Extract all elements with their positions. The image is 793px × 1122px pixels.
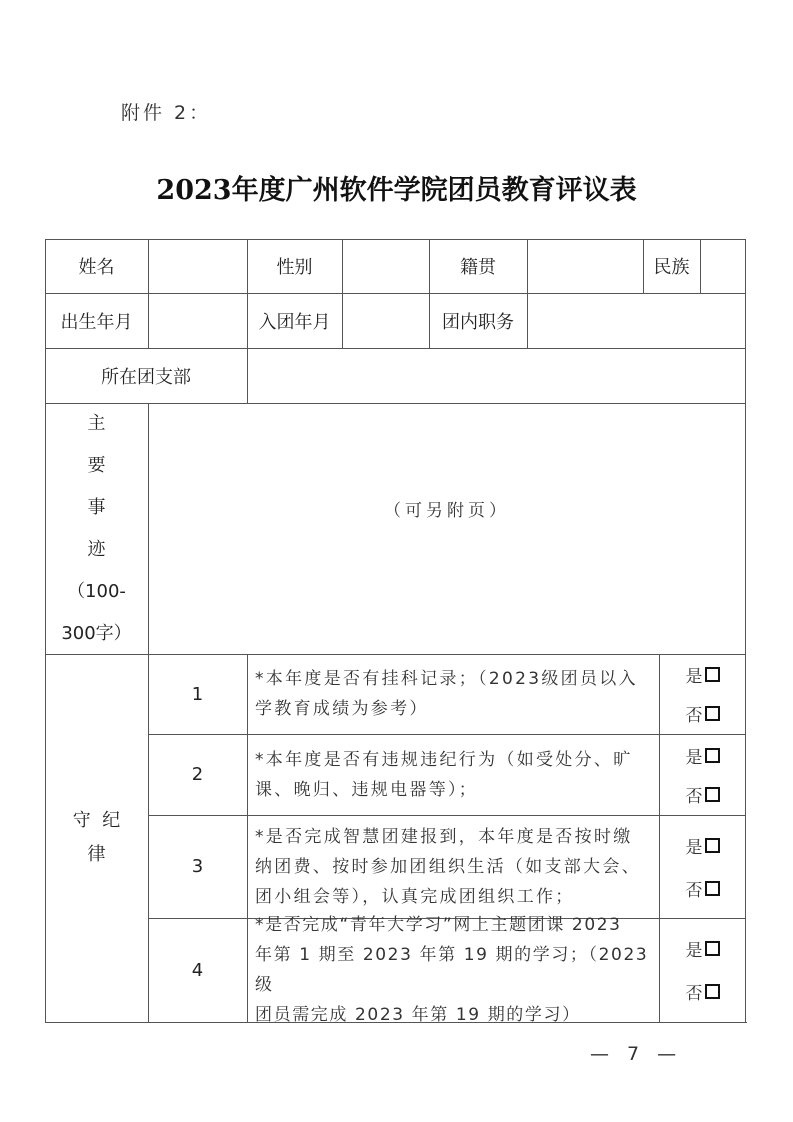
name-label: 姓名 <box>45 239 148 293</box>
checkbox-icon[interactable] <box>705 941 720 956</box>
yes-no-options: 是 否 <box>659 815 746 918</box>
item-question-line: *是否完成智慧团建报到，本年度是否按时缴 <box>255 822 641 852</box>
item-question-line: 纳团费、按时参加团组织生活（如支部大会、 <box>255 852 641 882</box>
deeds-placeholder: （可另附页） <box>384 496 510 521</box>
item-question-line: 团小组会等），认真完成团组织工作； <box>255 882 641 912</box>
discipline-label: 守 纪 律 <box>45 654 148 1022</box>
item-question-line: *是否完成“青年大学习”网上主题团课 2023 <box>255 910 651 940</box>
yes-option[interactable]: 是 <box>686 936 720 961</box>
item-number: 4 <box>148 918 247 1022</box>
evaluation-form-table: 姓名 性别 籍贯 民族 出生年月 入团年月 团内职务 所在团支部 主 要 事 迹… <box>45 239 746 1023</box>
position-field[interactable] <box>527 293 746 348</box>
checkbox-icon[interactable] <box>705 706 720 721</box>
deeds-label-char: 要 <box>88 445 106 487</box>
ethnicity-label: 民族 <box>643 239 700 293</box>
no-option[interactable]: 否 <box>686 782 720 807</box>
page-number: — 7 — <box>590 1043 682 1065</box>
item-question: *是否完成智慧团建报到，本年度是否按时缴 纳团费、按时参加团组织生活（如支部大会… <box>247 815 659 918</box>
name-field[interactable] <box>148 239 247 293</box>
checkbox-icon[interactable] <box>705 838 720 853</box>
checkbox-icon[interactable] <box>705 748 720 763</box>
deeds-label-char: 主 <box>88 403 106 445</box>
item-question-line: *本年度是否有违规违纪行为（如受处分、旷 <box>255 745 633 775</box>
yes-label: 是 <box>686 833 703 858</box>
yes-option[interactable]: 是 <box>686 662 720 687</box>
item-question-line: 课、晚归、违规电器等）； <box>255 775 633 805</box>
yes-no-options: 是 否 <box>659 654 746 734</box>
no-option[interactable]: 否 <box>686 701 720 726</box>
yes-no-options: 是 否 <box>659 918 746 1022</box>
deeds-label-char: （100- <box>67 571 126 613</box>
native-place-label: 籍贯 <box>429 239 527 293</box>
item-number: 2 <box>148 734 247 815</box>
yes-label: 是 <box>686 936 703 961</box>
gender-label: 性别 <box>247 239 342 293</box>
no-label: 否 <box>686 876 703 901</box>
deeds-field[interactable]: （可另附页） <box>148 403 746 613</box>
join-date-label: 入团年月 <box>247 293 342 348</box>
position-label: 团内职务 <box>429 293 527 348</box>
page-title: 2023年度广州软件学院团员教育评议表 <box>0 168 793 207</box>
join-date-field[interactable] <box>342 293 429 348</box>
yes-option[interactable]: 是 <box>686 743 720 768</box>
yes-label: 是 <box>686 743 703 768</box>
gender-field[interactable] <box>342 239 429 293</box>
deeds-label-char: 迹 <box>88 529 106 571</box>
item-question-line: 团员需完成 2023 年第 19 期的学习） <box>255 1000 651 1030</box>
discipline-label-line1: 守 纪 <box>73 804 120 838</box>
no-label: 否 <box>686 782 703 807</box>
discipline-label-line2: 律 <box>88 838 106 872</box>
deeds-label: 主 要 事 迹 （100- 300字） <box>45 403 148 654</box>
native-place-field[interactable] <box>527 239 643 293</box>
yes-label: 是 <box>686 662 703 687</box>
birth-date-field[interactable] <box>148 293 247 348</box>
birth-date-label: 出生年月 <box>45 293 148 348</box>
branch-label: 所在团支部 <box>45 348 247 403</box>
checkbox-icon[interactable] <box>705 881 720 896</box>
deeds-label-char: 300字） <box>61 613 131 655</box>
branch-field[interactable] <box>247 348 746 403</box>
yes-no-options: 是 否 <box>659 734 746 815</box>
item-question: *本年度是否有挂科记录；（2023级团员以入 学教育成绩为参考） <box>247 654 659 734</box>
checkbox-icon[interactable] <box>705 667 720 682</box>
item-question-line: 学教育成绩为参考） <box>255 694 638 724</box>
item-number: 1 <box>148 654 247 734</box>
attachment-label: 附件 2： <box>121 98 211 125</box>
deeds-label-char: 事 <box>88 487 106 529</box>
item-question: *本年度是否有违规违纪行为（如受处分、旷 课、晚归、违规电器等）； <box>247 734 659 815</box>
no-option[interactable]: 否 <box>686 979 720 1004</box>
no-option[interactable]: 否 <box>686 876 720 901</box>
item-question: *是否完成“青年大学习”网上主题团课 2023 年第 1 期至 2023 年第 … <box>247 918 659 1022</box>
ethnicity-field[interactable] <box>700 239 746 293</box>
checkbox-icon[interactable] <box>705 787 720 802</box>
no-label: 否 <box>686 701 703 726</box>
yes-option[interactable]: 是 <box>686 833 720 858</box>
item-number: 3 <box>148 815 247 918</box>
item-question-line: *本年度是否有挂科记录；（2023级团员以入 <box>255 664 638 694</box>
checkbox-icon[interactable] <box>705 984 720 999</box>
item-question-line: 年第 1 期至 2023 年第 19 期的学习；（2023 级 <box>255 940 651 1000</box>
no-label: 否 <box>686 979 703 1004</box>
